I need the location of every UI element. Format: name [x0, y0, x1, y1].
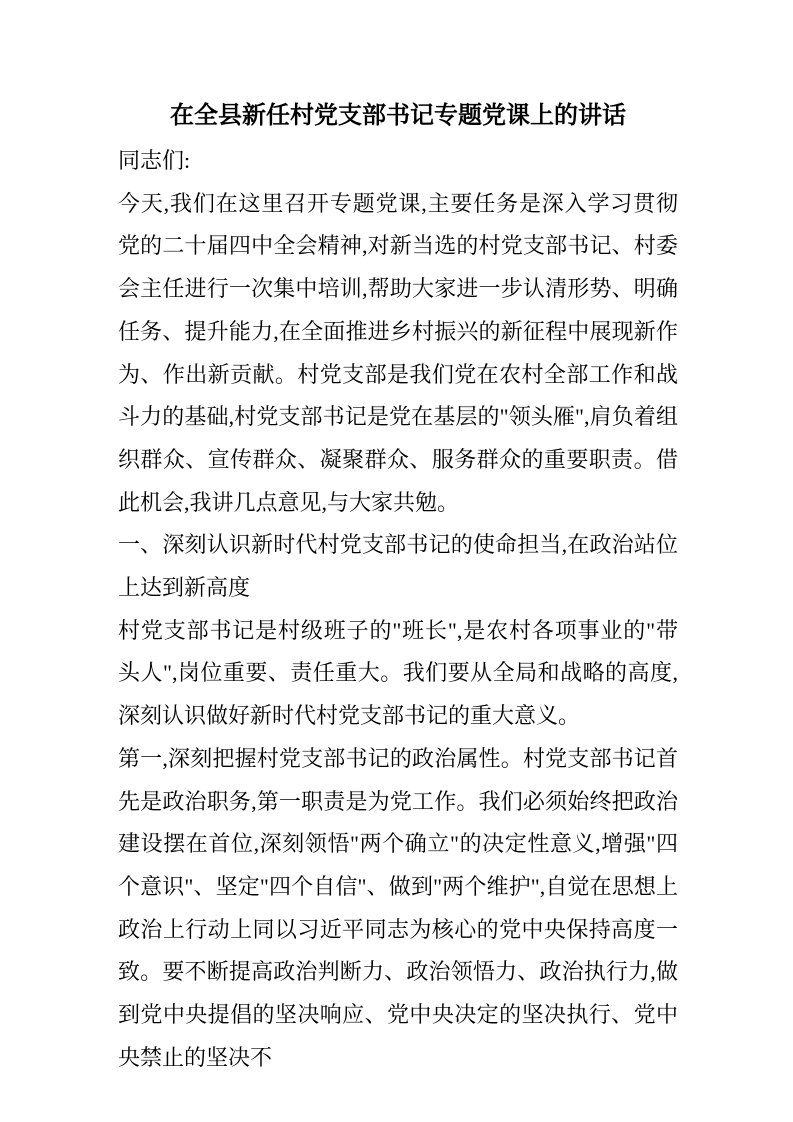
paragraph-salutation: 同志们: — [118, 140, 678, 183]
document-title: 在全县新任村党支部书记专题党课上的讲话 — [118, 92, 678, 140]
document-page: 在全县新任村党支部书记专题党课上的讲话 同志们: 今天,我们在这里召开专题党课,… — [0, 0, 793, 1122]
paragraph-intro: 今天,我们在这里召开专题党课,主要任务是深入学习贯彻党的二十届四中全会精神,对新… — [118, 183, 678, 525]
document-body: 同志们: 今天,我们在这里召开专题党课,主要任务是深入学习贯彻党的二十届四中全会… — [118, 140, 678, 1079]
paragraph-section-overview: 村党支部书记是村级班子的"班长",是农村各项事业的"带头人",岗位重要、责任重大… — [118, 610, 678, 738]
section-heading-1: 一、深刻认识新时代村党支部书记的使命担当,在政治站位上达到新高度 — [118, 524, 678, 609]
paragraph-point-first: 第一,深刻把握村党支部书记的政治属性。村党支部书记首先是政治职务,第一职责是为党… — [118, 738, 678, 1080]
